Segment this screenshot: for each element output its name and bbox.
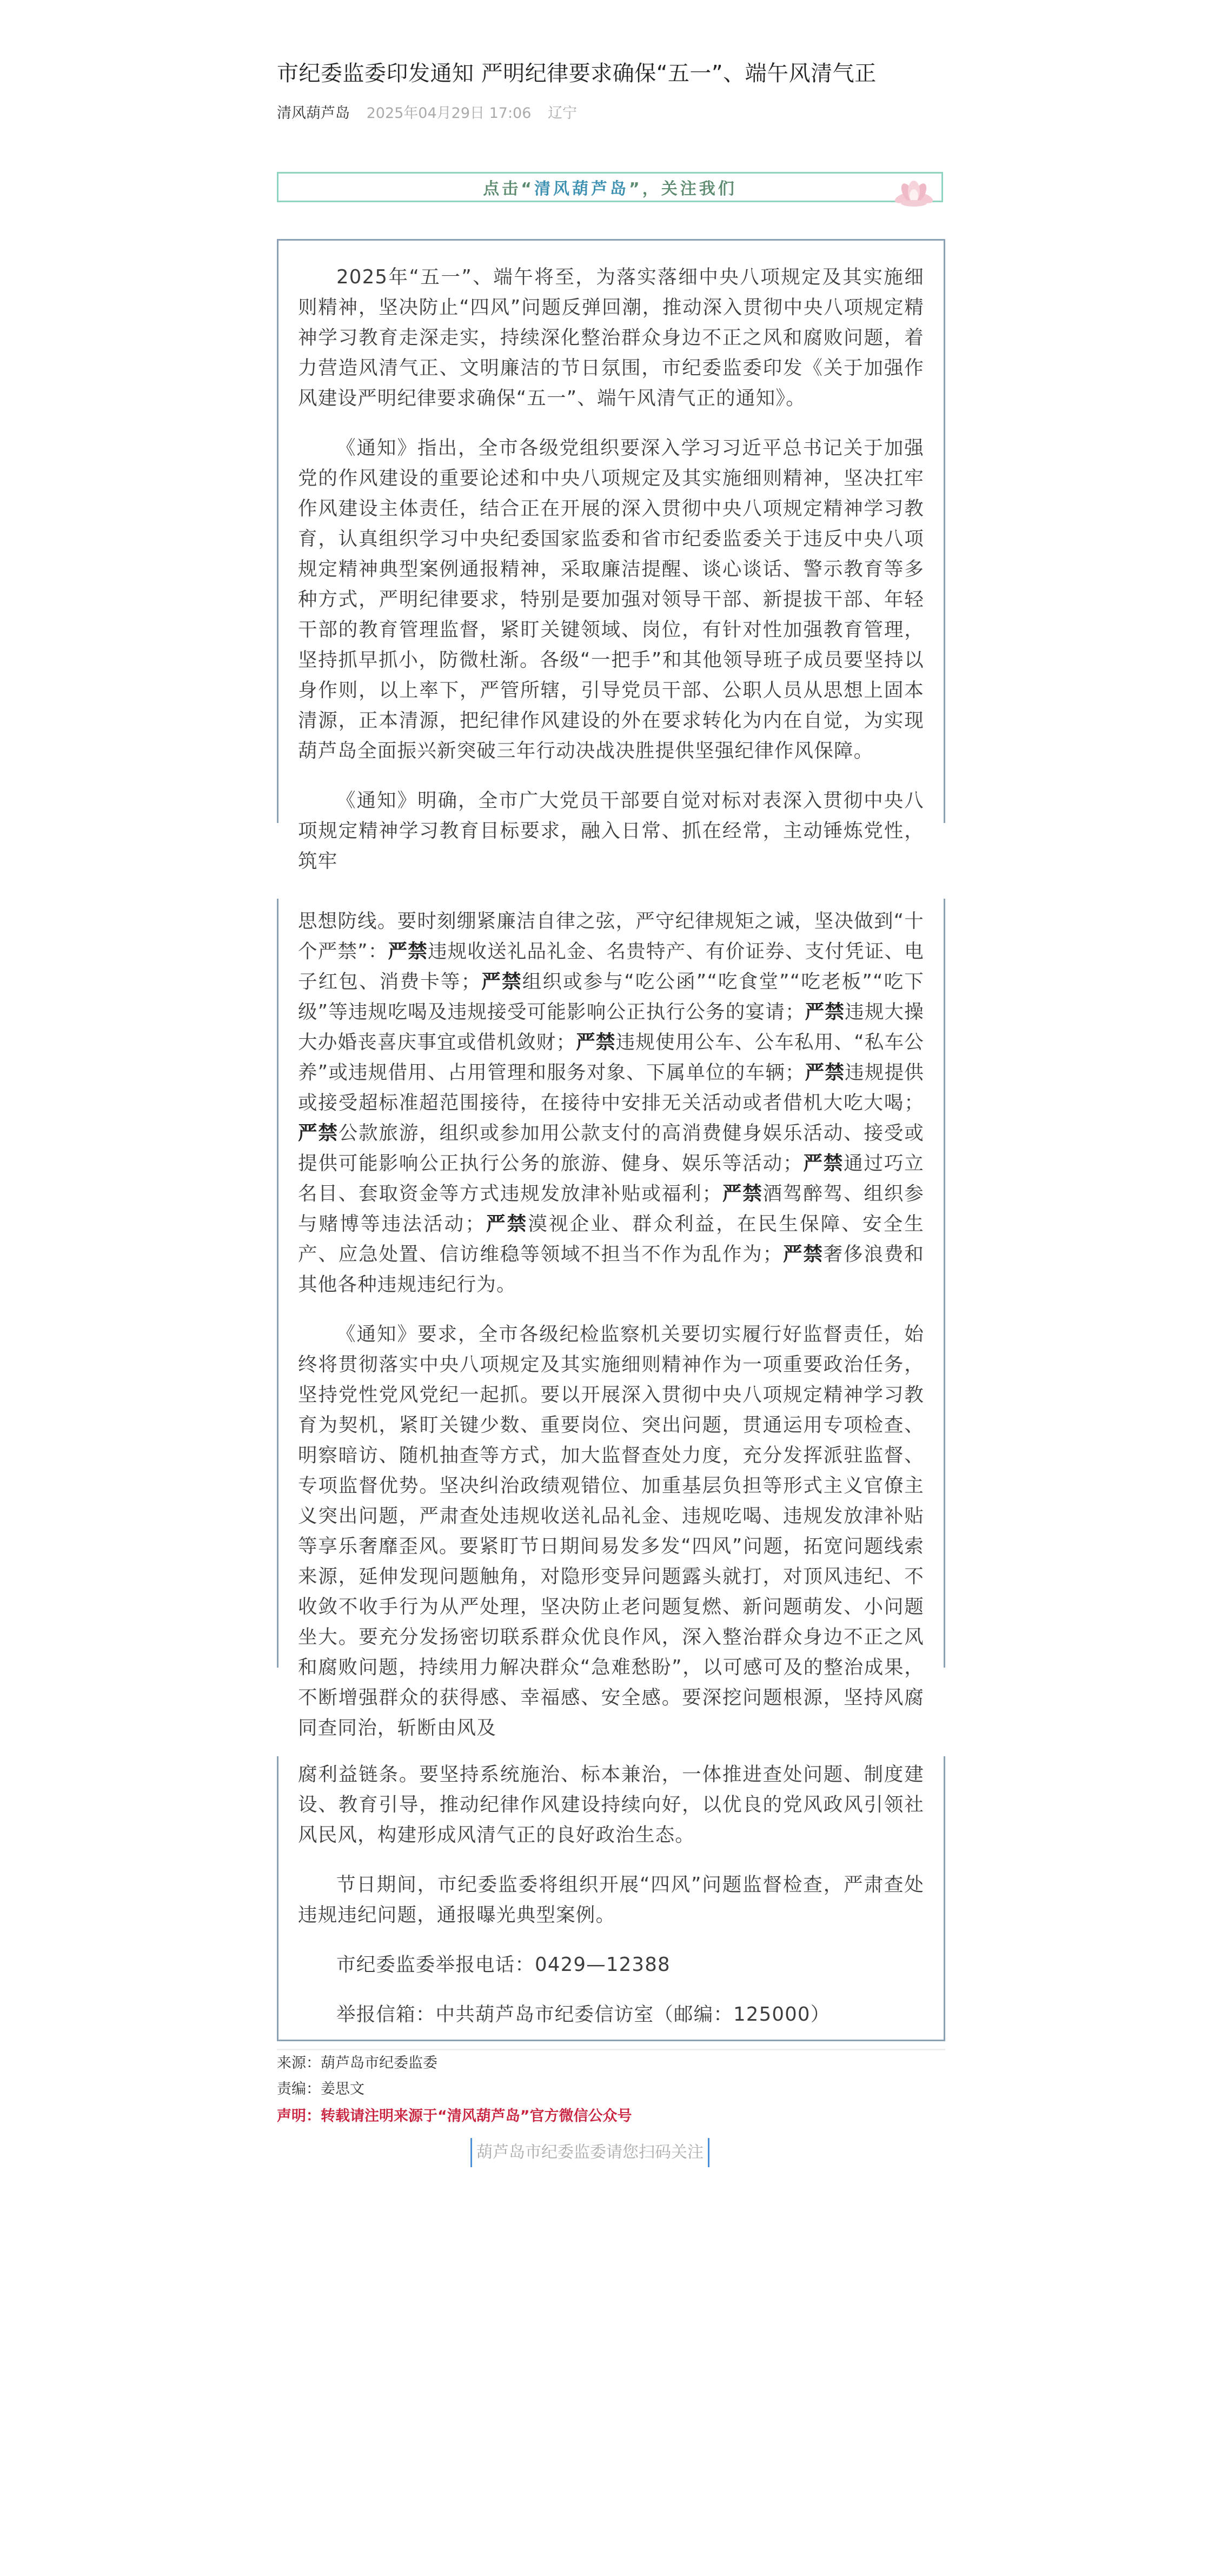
author-link[interactable]: 清风葫芦岛	[277, 105, 350, 122]
prohibition-keyword: 严禁	[782, 1243, 823, 1265]
follow-suffix: ”，关注我们	[629, 175, 737, 199]
prohibition-keyword: 严禁	[388, 940, 428, 962]
follow-banner[interactable]: 点击“ 清风葫芦岛 ”，关注我们	[277, 172, 943, 202]
report-mailbox: 举报信箱：中共葫芦岛市纪委信访室（邮编：125000）	[298, 2000, 924, 2030]
publish-date: 2025年04月29日 17:06	[367, 105, 532, 122]
article-body-segment-3: 腐利益链条。要坚持系统施治、标本兼治，一体推进查处问题、制度建设、教育引导，推动…	[277, 1756, 945, 2041]
report-hotline: 市纪委监委举报电话：0429—12388	[298, 1950, 924, 1980]
prohibition-keyword: 严禁	[481, 971, 522, 993]
editor-line: 责编：姜思文	[277, 2079, 364, 2100]
prohibition-keyword: 严禁	[803, 1152, 844, 1174]
paragraph-intro: 2025年“五一”、端午将至，为落实落细中央八项规定及其实施细则精神，坚决防止“…	[298, 262, 924, 414]
paragraph-notice-clarifies-start: 《通知》明确，全市广大党员干部要自觉对标对表深入贯彻中央八项规定精神学习教育目标…	[298, 786, 924, 877]
publish-region: 辽宁	[548, 105, 577, 122]
follow-account-name: 清风葫芦岛	[534, 175, 629, 199]
prohibition-keyword: 严禁	[576, 1031, 615, 1053]
article-body-segment-1: 2025年“五一”、端午将至，为落实落细中央八项规定及其实施细则精神，坚决防止“…	[277, 239, 945, 823]
prohibition-keyword: 严禁	[805, 1061, 845, 1084]
follow-prefix: 点击“	[483, 175, 534, 199]
prohibition-keyword: 严禁	[485, 1213, 528, 1235]
paragraph-notice-points: 《通知》指出，全市各级党组织要深入学习习近平总书记关于加强党的作风建设的重要论述…	[298, 433, 924, 766]
paragraph-notice-requires: 《通知》要求，全市各级纪检监察机关要切实履行好监督责任，始终将贯彻落实中央八项规…	[298, 1319, 924, 1743]
prohibition-keyword: 严禁	[805, 1001, 845, 1023]
prohibition-keyword: 严禁	[298, 1122, 339, 1144]
footer-divider	[277, 2049, 945, 2050]
paragraph-holiday-inspection: 节日期间，市纪委监委将组织开展“四风”问题监督检查，严肃查处违规违纪问题，通报曝…	[298, 1870, 924, 1930]
prohibition-keyword: 严禁	[722, 1183, 762, 1205]
article-body-segment-2: 思想防线。要时刻绷紧廉洁自律之弦，严守纪律规矩之诫，坚决做到“十个严禁”：严禁违…	[277, 899, 945, 1668]
article-meta: 清风葫芦岛 2025年04月29日 17:06 辽宁	[277, 103, 945, 124]
source-line: 来源：葫芦岛市纪委监委	[277, 2053, 437, 2074]
article-title: 市纪委监委印发通知 严明纪律要求确保“五一”、端午风清气正	[277, 58, 945, 89]
paragraph-ten-prohibitions: 思想防线。要时刻绷紧廉洁自律之弦，严守纪律规矩之诫，坚决做到“十个严禁”：严禁违…	[298, 906, 924, 1300]
reprint-statement: 声明：转载请注明来源于“清风葫芦岛”官方微信公众号	[277, 2106, 632, 2127]
paragraph-notice-requires-end: 腐利益链条。要坚持系统施治、标本兼治，一体推进查处问题、制度建设、教育引导，推动…	[298, 1760, 924, 1850]
lotus-icon	[892, 180, 936, 208]
qr-follow-caption: 葫芦岛市纪委监委请您扫码关注	[470, 2138, 709, 2167]
